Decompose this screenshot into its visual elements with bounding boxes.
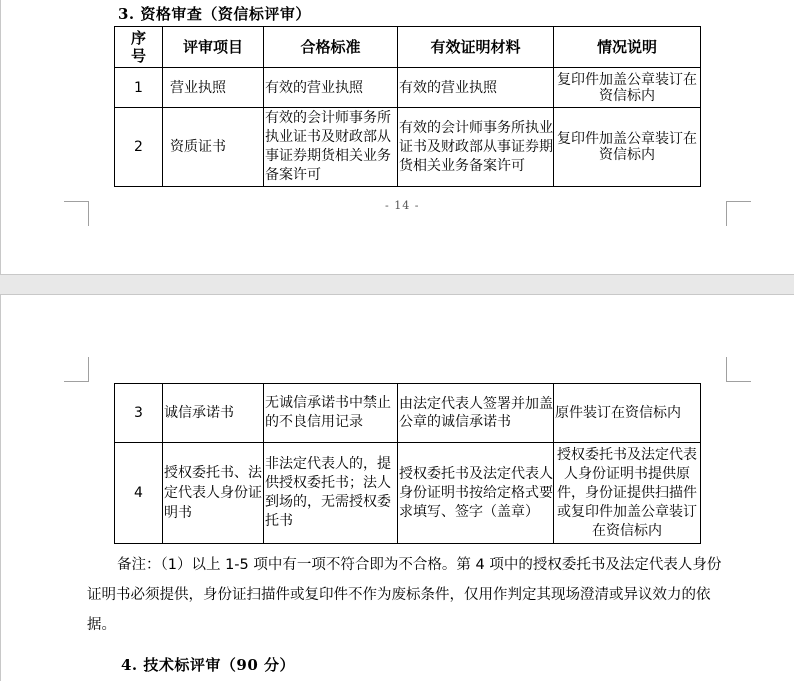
row-standard: 非法定代表人的，提供授权委托书；法人到场的，无需授权委托书: [264, 443, 398, 544]
margin-corner-mark: [726, 201, 751, 226]
row-no: 1: [115, 68, 163, 108]
row-note: 授权委托书及法定代表人身份证明书提供原件，身份证提供扫描件或复印件加盖公章装订在…: [554, 443, 701, 544]
header-no: 序号: [115, 27, 163, 68]
row-note: 复印件加盖公章装订在资信标内: [554, 108, 701, 187]
row-item: 授权委托书、法定代表人身份证明书: [163, 443, 264, 544]
row-item: 资质证书: [163, 108, 264, 187]
margin-corner-mark: [64, 201, 89, 226]
section-heading-qualification: 3. 资格审查（资信标评审）: [118, 3, 311, 24]
header-note: 情况说明: [554, 27, 701, 68]
table-row: 1 营业执照 有效的营业执照 有效的营业执照 复印件加盖公章装订在资信标内: [115, 68, 701, 108]
table-row: 3 诚信承诺书 无诚信承诺书中禁止的不良信用记录 由法定代表人签署并加盖公章的诚…: [115, 384, 701, 443]
row-material: 有效的营业执照: [398, 68, 554, 108]
row-standard: 无诚信承诺书中禁止的不良信用记录: [264, 384, 398, 443]
row-standard: 有效的营业执照: [264, 68, 398, 108]
row-note: 复印件加盖公章装订在资信标内: [554, 68, 701, 108]
section-heading-technical: 4. 技术标评审（90 分）: [121, 654, 295, 675]
row-item: 诚信承诺书: [163, 384, 264, 443]
row-material: 由法定代表人签署并加盖公章的诚信承诺书: [398, 384, 554, 443]
row-note: 原件装订在资信标内: [554, 384, 701, 443]
row-no: 2: [115, 108, 163, 187]
row-no: 4: [115, 443, 163, 544]
page-gap: [0, 275, 794, 294]
row-item: 营业执照: [163, 68, 264, 108]
row-standard: 有效的会计师事务所执业证书及财政部从事证券期货相关业务备案许可: [264, 108, 398, 187]
row-material: 授权委托书及法定代表人身份证明书按给定格式要求填写、签字（盖章）: [398, 443, 554, 544]
document-page-15: 3 诚信承诺书 无诚信承诺书中禁止的不良信用记录 由法定代表人签署并加盖公章的诚…: [0, 294, 794, 681]
document-page-14: 3. 资格审查（资信标评审） 序号 评审项目 合格标准 有效证明材料 情况说明 …: [0, 0, 794, 275]
table-header-row: 序号 评审项目 合格标准 有效证明材料 情况说明: [115, 27, 701, 68]
row-no: 3: [115, 384, 163, 443]
page-number: - 14 -: [385, 199, 419, 212]
margin-corner-mark: [64, 357, 89, 382]
table-row: 4 授权委托书、法定代表人身份证明书 非法定代表人的，提供授权委托书；法人到场的…: [115, 443, 701, 544]
row-material: 有效的会计师事务所执业证书及财政部从事证券期货相关业务备案许可: [398, 108, 554, 187]
table-row: 2 资质证书 有效的会计师事务所执业证书及财政部从事证券期货相关业务备案许可 有…: [115, 108, 701, 187]
header-item: 评审项目: [163, 27, 264, 68]
qualification-table-part1: 序号 评审项目 合格标准 有效证明材料 情况说明 1 营业执照 有效的营业执照 …: [114, 26, 701, 187]
margin-corner-mark: [726, 357, 751, 382]
header-material: 有效证明材料: [398, 27, 554, 68]
header-standard: 合格标准: [264, 27, 398, 68]
qualification-table-part2: 3 诚信承诺书 无诚信承诺书中禁止的不良信用记录 由法定代表人签署并加盖公章的诚…: [114, 383, 701, 544]
remark-paragraph: 备注：（1）以上 1-5 项中有一项不符合即为不合格。第 4 项中的授权委托书及…: [87, 550, 727, 640]
